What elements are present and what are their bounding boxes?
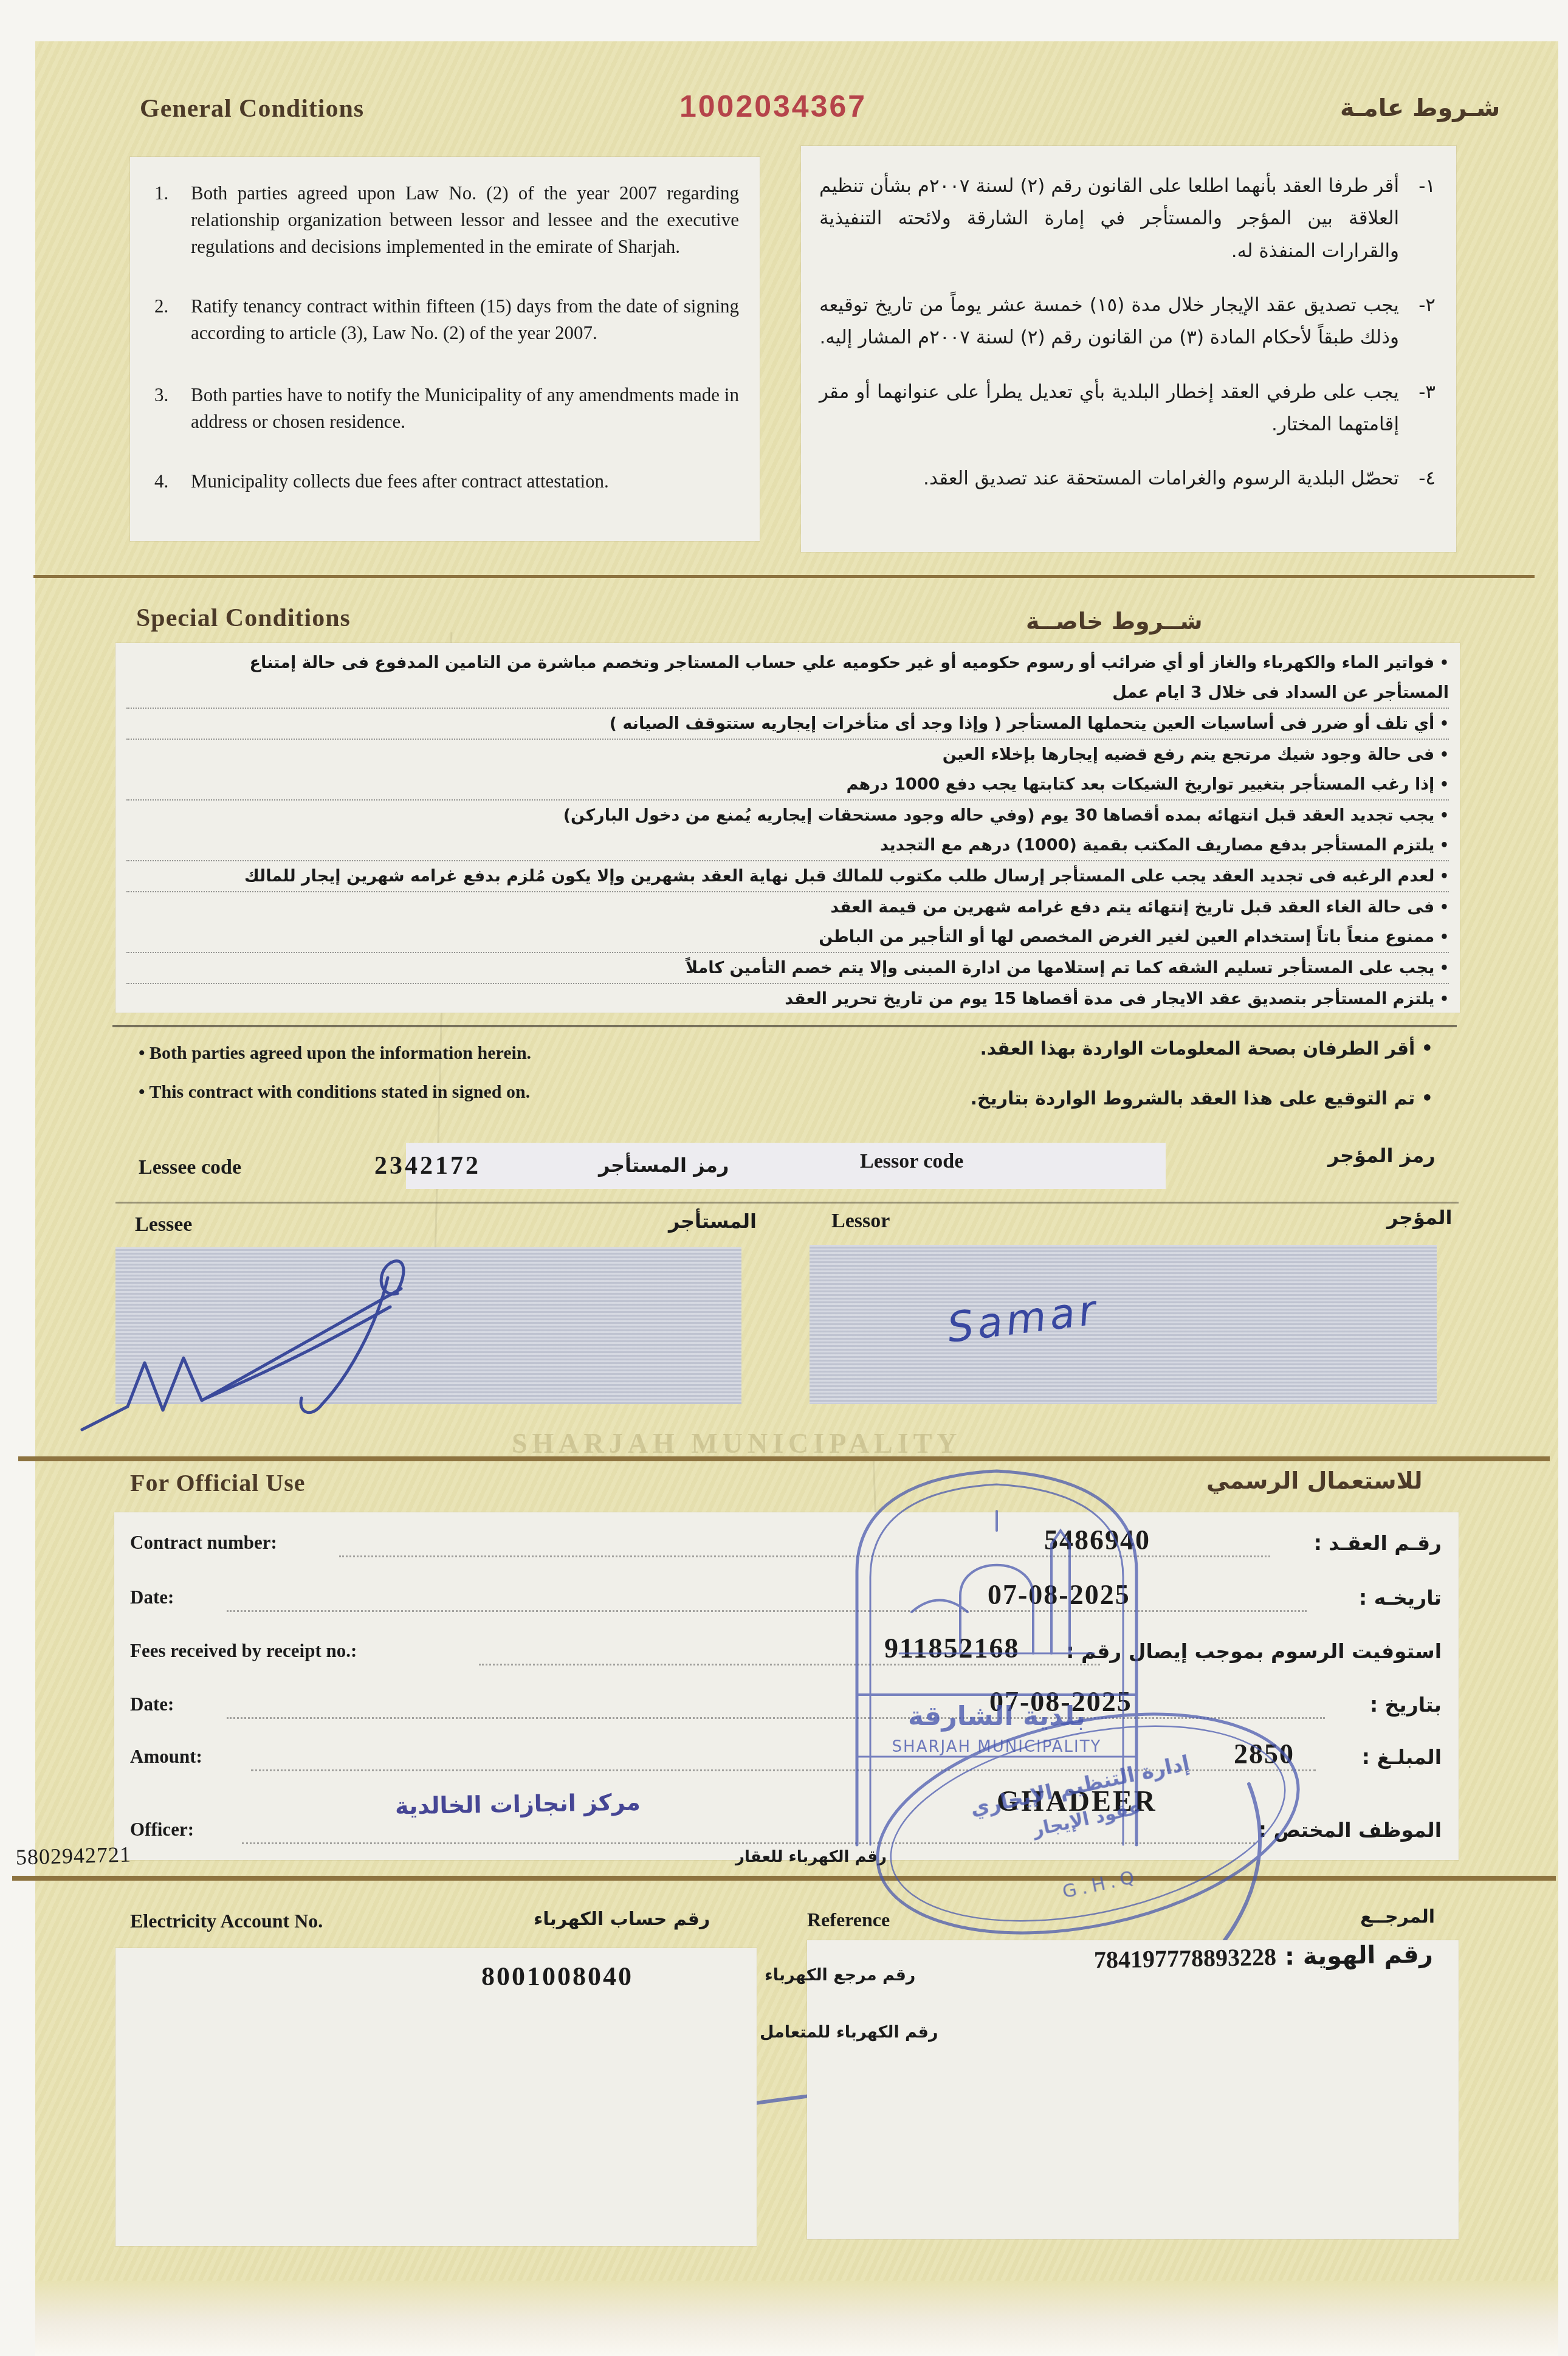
special-condition-line: فواتير الماء والكهرباء والغاز أو أي ضرائ… bbox=[126, 648, 1449, 678]
general-conditions-box-ar: ١-أقر طرفا العقد بأنهما اطلعا على القانو… bbox=[801, 146, 1456, 552]
special-condition-line: يلتزم المستأجر بدفع مصاريف المكتب بقمية … bbox=[126, 830, 1449, 861]
scanned-tenancy-contract-page: { "header": { "title_en": "General Condi… bbox=[0, 0, 1568, 2356]
general-condition-ar-4: ٤-تحصّل البلدية الرسوم والغرامات المستحق… bbox=[819, 463, 1436, 495]
special-condition-line: ممنوع منعاً باتاً إستخدام العين لغير الغ… bbox=[126, 922, 1449, 953]
section-divider bbox=[33, 575, 1535, 578]
codes-highlight-strip bbox=[406, 1143, 1166, 1189]
electricity-account-box bbox=[115, 1948, 757, 2246]
lessee-label: Lessee bbox=[135, 1213, 192, 1236]
lessor-signature-box: Samar bbox=[810, 1245, 1437, 1404]
stamp-municipality-ar: بلدية الشارقة bbox=[908, 1701, 1085, 1732]
lessee-code-value: 2342172 bbox=[374, 1151, 481, 1180]
official-use-title-en: For Official Use bbox=[130, 1469, 306, 1497]
lessor-code-label-ar: رمز المؤجر bbox=[1328, 1144, 1436, 1167]
special-condition-line: أي تلف أو ضرر فى أساسيات العين يتحملها ا… bbox=[126, 709, 1449, 740]
agreement-line-ar-2: تم التوقيع على هذا العقد بالشروط الواردة… bbox=[970, 1088, 1433, 1109]
electricity-account-label-ar: رقم حساب الكهرباء bbox=[534, 1909, 710, 1930]
reference-label-en: Reference bbox=[807, 1909, 890, 1931]
lessee-signature-ink bbox=[115, 1247, 741, 1404]
stamp-municipality-en: SHARJAH MUNICIPALITY bbox=[892, 1738, 1102, 1756]
special-conditions-title-ar: شــروط خاصــة bbox=[1026, 608, 1203, 635]
emirates-id-value: 784197778893228 bbox=[1094, 1943, 1277, 1974]
special-condition-line: لعدم الرغبه فى تجديد العقد يجب على المست… bbox=[126, 861, 1449, 892]
general-condition-en-2: 2.Ratify tenancy contract within fifteen… bbox=[154, 293, 739, 346]
special-condition-line: إذا رغب المستأجر بتغيير تواريخ الشيكات ب… bbox=[126, 770, 1449, 801]
lessor-label-ar: المؤجر bbox=[1387, 1206, 1452, 1229]
electricity-customer-label: رقم الكهرباء للمتعامل bbox=[760, 2023, 938, 2042]
lessor-label: Lessor bbox=[831, 1210, 890, 1233]
general-conditions-box-en: 1.Both parties agreed upon Law No. (2) o… bbox=[130, 157, 760, 541]
special-condition-line: يجب على المستأجر تسليم الشقه كما تم إستل… bbox=[126, 953, 1449, 984]
reference-box bbox=[807, 1940, 1459, 2239]
lessee-label-ar: المستأجر bbox=[669, 1210, 757, 1233]
general-condition-ar-3: ٣-يجب على طرفي العقد إخطار البلدية بأي ت… bbox=[819, 376, 1436, 441]
agreement-line-en-2: This contract with conditions stated in … bbox=[139, 1082, 530, 1103]
special-condition-line: يلتزم المستأجر بتصديق عقد الايجار فى مدة… bbox=[126, 984, 1449, 1014]
general-condition-ar-1: ١-أقر طرفا العقد بأنهما اطلعا على القانو… bbox=[819, 170, 1436, 267]
lessee-code-label: Lessee code bbox=[139, 1156, 241, 1179]
electricity-account-value: 8001008040 bbox=[481, 1961, 633, 1992]
document-number: 1002034367 bbox=[679, 89, 867, 124]
electricity-reference-label: رقم مرجع الكهرباء bbox=[765, 1966, 915, 1985]
general-condition-en-1: 1.Both parties agreed upon Law No. (2) o… bbox=[154, 180, 739, 260]
lessee-signature-box bbox=[115, 1247, 741, 1404]
emirates-id-label: رقم الهوية : bbox=[1285, 1940, 1434, 1971]
general-conditions-title-ar: شـروط عامـة bbox=[1340, 94, 1500, 122]
section-divider bbox=[112, 1025, 1457, 1027]
electricity-account-label-en: Electricity Account No. bbox=[130, 1910, 323, 1932]
lessor-signature-ink: Samar bbox=[810, 1245, 1437, 1404]
special-condition-line: المستأجر عن السداد فى خلال 3 ايام عمل bbox=[126, 678, 1449, 709]
emirates-id-line: رقم الهوية : 784197778893228 bbox=[1094, 1940, 1434, 1974]
general-conditions-title-en: General Conditions bbox=[140, 94, 364, 123]
agreement-line-ar-1: أقر الطرفان بصحة المعلومات الواردة بهذا … bbox=[980, 1038, 1433, 1059]
stamp-ghq: G.H.Q bbox=[1061, 1866, 1141, 1903]
lessee-code-label-ar: رمز المستأجر bbox=[599, 1154, 729, 1177]
agreement-line-en-1: Both parties agreed upon the information… bbox=[139, 1043, 531, 1064]
reference-label-ar: المرجــع bbox=[1360, 1906, 1435, 1927]
general-condition-en-3: 3.Both parties have to notify the Munici… bbox=[154, 382, 739, 435]
general-condition-ar-2: ٢-يجب تصديق عقد الإيجار خلال مدة (١٥) خم… bbox=[819, 289, 1436, 354]
special-conditions-box: فواتير الماء والكهرباء والغاز أو أي ضرائ… bbox=[115, 643, 1460, 1013]
khalidiya-center-stamp: مركز انجازات الخالدية bbox=[395, 1788, 641, 1819]
special-conditions-title-en: Special Conditions bbox=[136, 604, 351, 633]
special-condition-line: يجب تجديد العقد قبل انتهائه بمده أقصاها … bbox=[126, 801, 1449, 830]
special-condition-line: فى حالة الغاء العقد قبل تاريخ إنتهائه يت… bbox=[126, 892, 1449, 922]
general-condition-en-4: 4.Municipality collects due fees after c… bbox=[154, 468, 739, 495]
row-divider bbox=[115, 1202, 1459, 1204]
lessor-code-label: Lessor code bbox=[860, 1150, 963, 1173]
serial-number: 5802942721 bbox=[15, 1842, 131, 1870]
lessor-signature-text: Samar bbox=[944, 1286, 1101, 1352]
scan-bottom-fade bbox=[35, 2281, 1558, 2356]
special-condition-line: فى حالة وجود شيك مرتجع يتم رفع قضيه إيجا… bbox=[126, 740, 1449, 770]
